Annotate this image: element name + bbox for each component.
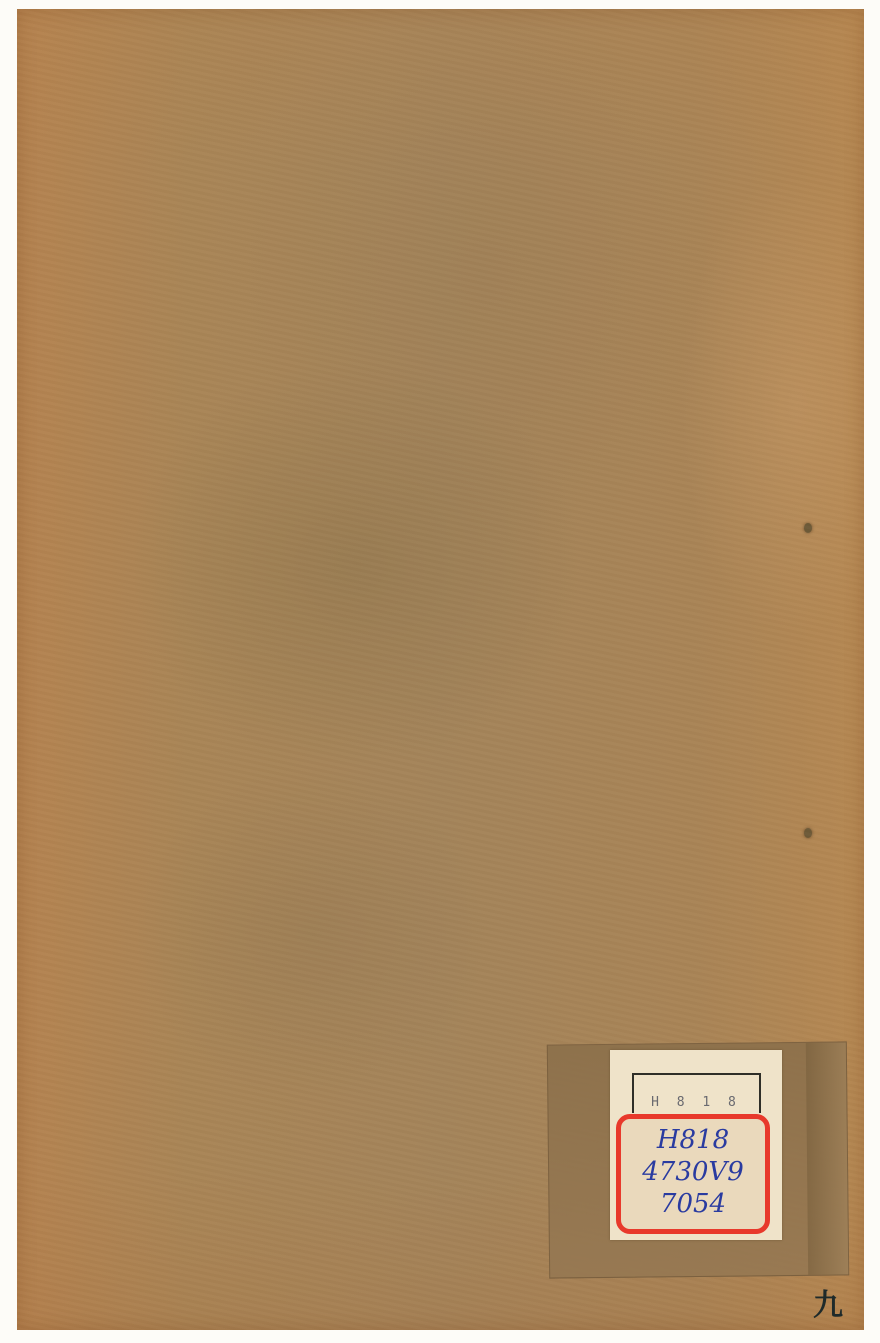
library-call-number-label: H 8 1 8 H818 4730V9 7054 <box>610 1050 782 1240</box>
call-number-line-2: 4730V9 <box>621 1159 765 1185</box>
tape-fold <box>806 1042 848 1274</box>
call-number-box: H818 4730V9 7054 <box>616 1114 770 1234</box>
binding-hole <box>804 523 812 533</box>
binding-hole <box>804 828 812 838</box>
label-printed-frame <box>632 1073 761 1113</box>
call-number-line-1: H818 <box>621 1127 765 1153</box>
label-printed-text: H 8 1 8 <box>610 1095 782 1107</box>
call-number-line-3: 7054 <box>621 1191 765 1217</box>
volume-mark: 九 <box>813 1280 843 1324</box>
